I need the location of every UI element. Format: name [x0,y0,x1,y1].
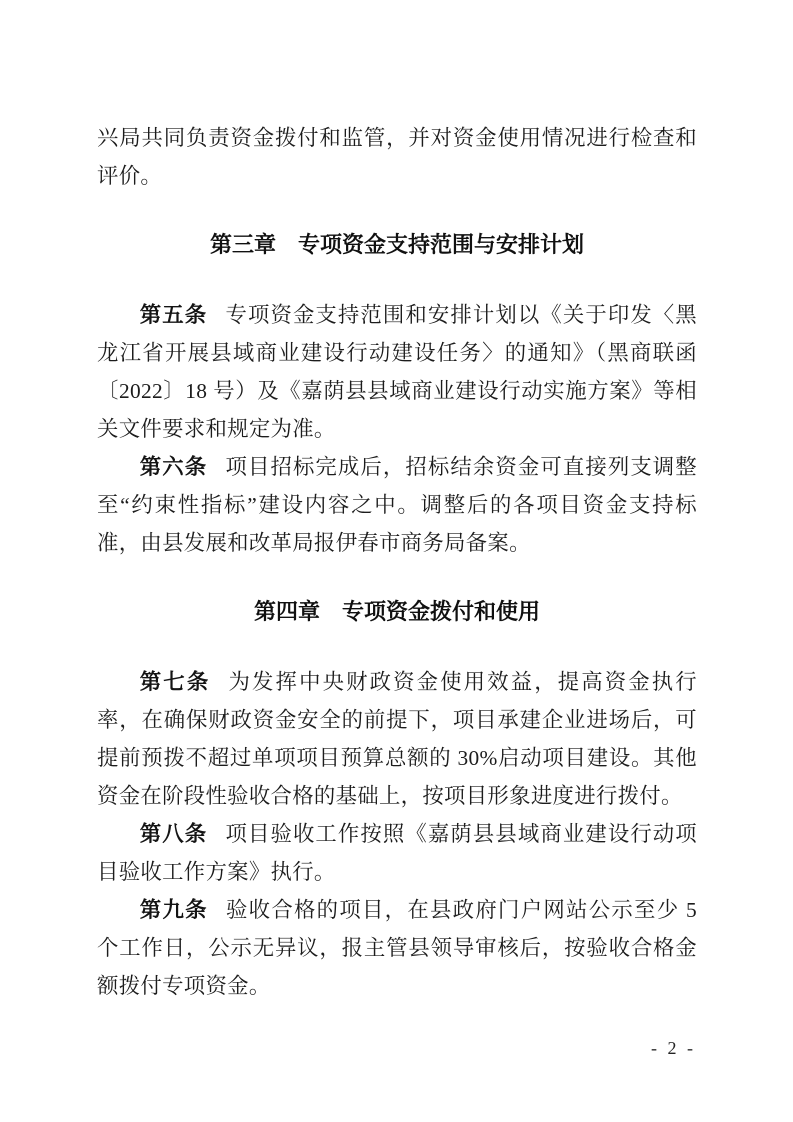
article-6-label: 第六条 [140,455,207,479]
article-7-paragraph: 第七条为发挥中央财政资金使用效益，提高资金执行率，在确保财政资金安全的前提下，项… [97,663,697,815]
continuation-paragraph: 兴局共同负责资金拨付和监管，并对资金使用情况进行检查和评价。 [97,119,697,195]
page-number: - 2 - [651,1038,696,1059]
article-5-label: 第五条 [140,303,207,327]
article-8-label: 第八条 [140,822,207,846]
article-6-paragraph: 第六条项目招标完成后，招标结余资金可直接列支调整至“约束性指标”建设内容之中。调… [97,448,697,562]
article-9-label: 第九条 [140,898,208,922]
chapter-4-heading: 第四章 专项资金拨付和使用 [97,593,697,631]
article-8-paragraph: 第八条项目验收工作按照《嘉荫县县域商业建设行动项目验收工作方案》执行。 [97,815,697,891]
article-9-paragraph: 第九条验收合格的项目，在县政府门户网站公示至少 5 个工作日，公示无异议，报主管… [97,891,697,1005]
article-7-label: 第七条 [140,670,211,694]
document-page: 兴局共同负责资金拨付和监管，并对资金使用情况进行检查和评价。 第三章 专项资金支… [0,0,793,1122]
document-content: 兴局共同负责资金拨付和监管，并对资金使用情况进行检查和评价。 第三章 专项资金支… [97,119,697,1005]
article-5-paragraph: 第五条专项资金支持范围和安排计划以《关于印发〈黑龙江省开展县域商业建设行动建设任… [97,296,697,448]
chapter-3-heading: 第三章 专项资金支持范围与安排计划 [97,226,697,264]
